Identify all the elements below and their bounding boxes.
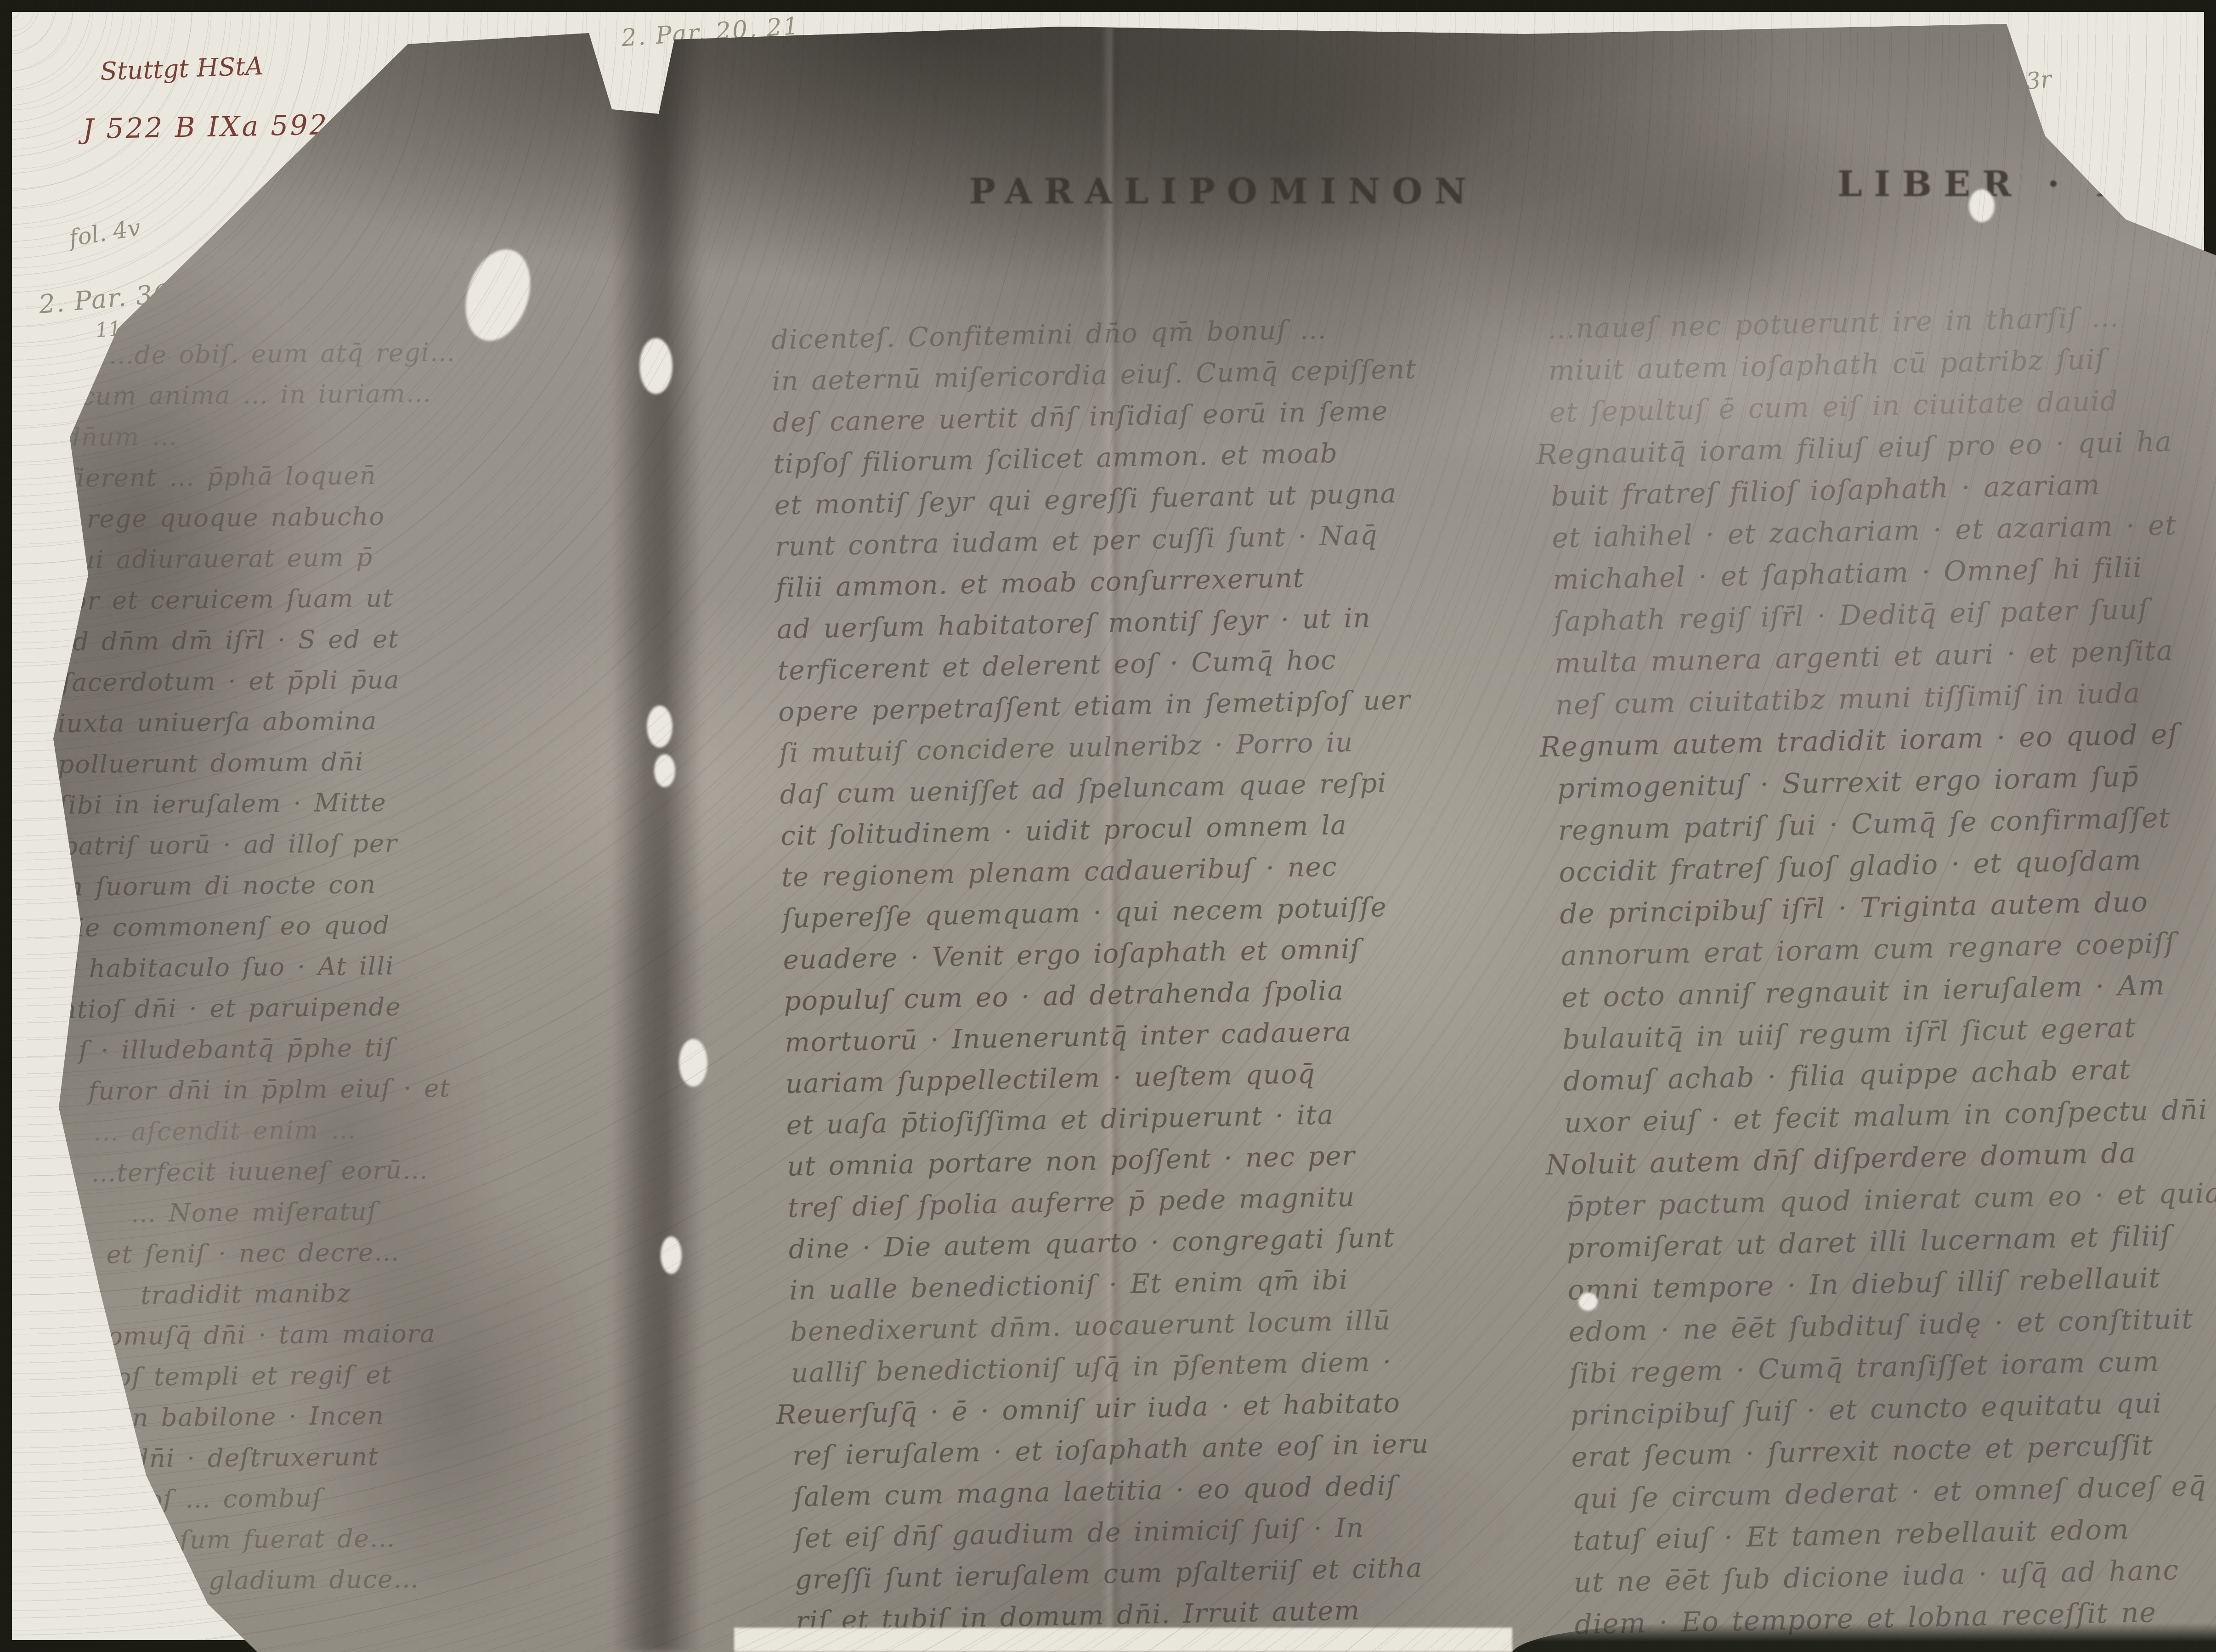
book-support-edge <box>1511 1623 2216 1652</box>
parchment-hole <box>654 754 675 787</box>
manuscript-text-line: polluerunt domum dn̄i <box>58 746 460 790</box>
manuscript-text-line: die commonenſ eo quod <box>59 909 461 954</box>
parchment-hole <box>1578 1292 1598 1311</box>
manuscript-text-line: iuxta uniuerſa abomina <box>57 705 459 750</box>
manuscript-text-line: cum anima … in iuriam… <box>80 378 457 422</box>
manuscript-text-line: patriſ uorū · ad illoſ per <box>61 828 460 872</box>
manuscript-text-line: qui adiurauerat eum p̄ <box>62 541 458 586</box>
text-column-right: …naueſ nec potuerunt ire in tharſiſ …miu… <box>1547 299 2216 1650</box>
manuscript-text-line: furor dn̄i in p̄plm eiuſ · et <box>88 1073 463 1117</box>
manuscript-text-line: A rege quoque nabucho <box>56 501 458 545</box>
manuscript-text-line: fierent … p̄phā loquen̄ <box>66 460 457 504</box>
parchment-hole <box>661 1236 682 1274</box>
manuscript-text-line: domuſq̄ dn̄i · tam maiora <box>90 1318 465 1362</box>
manuscript-text-line: ntioſ dn̄i · et paruipende <box>60 991 462 1036</box>
manuscript-text-line: uroſ templi et regiſ et <box>86 1359 465 1403</box>
manuscript-text-line: in babilone · Incen <box>123 1400 465 1443</box>
binding-fold <box>611 0 703 1652</box>
manuscript-text-line: cor et ceruicem ſuam ut <box>57 582 458 627</box>
archive-shelfmark: J 522 B IXa 592 <box>82 109 329 145</box>
parchment-leaf: PARALIPOMINON LIBER · I …de obiſ. eum at… <box>0 0 2216 1652</box>
manuscript-text-line: … aſcendit enim … <box>93 1114 463 1158</box>
manuscript-text-line: ſacerdotum · et p̄pli p̄ua <box>62 664 459 709</box>
manuscript-text-line: …terfecit iuueneſ eorū… <box>91 1155 464 1199</box>
manuscript-text-line: … None miſeratuſ <box>130 1195 464 1239</box>
archive-stamp-line1: Stuttgt HStA <box>100 51 264 86</box>
text-column-center: dicenteſ. Confitemini dn̄o qm̄ bonuſ …in… <box>771 312 1441 1646</box>
backdrop-strip-bottom <box>734 1628 1512 1652</box>
parchment-hole <box>679 1039 707 1087</box>
manuscript-photo: Stuttgt HStA J 522 B IXa 592 2. Par. 20,… <box>0 0 2216 1652</box>
manuscript-text-line: n dn̄i · deſtruxerunt <box>103 1441 466 1485</box>
parchment-hole <box>647 705 673 748</box>
manuscript-text-line: ad dn̄m dm̄ iſr̄l · S ed et <box>57 623 458 668</box>
manuscript-text-line: …de obiſ. eum atq̄ regi… <box>108 337 456 381</box>
manuscript-text-line: ſibi in ieruſalem · Mitte <box>58 787 460 831</box>
manuscript-text-line: dn̄um … <box>64 419 457 463</box>
parchment-hole <box>639 338 673 394</box>
manuscript-text-line: et ſeniſ · nec decre… <box>106 1236 464 1280</box>
parchment-hole <box>1969 189 1995 222</box>
manuscript-text-line: r habitaculo ſuo · At illi <box>64 950 462 995</box>
manuscript-text-line: tradidit manibz <box>141 1277 464 1321</box>
manuscript-text-line: ſ · illudebantq̄ p̄phe tiſ <box>79 1032 462 1076</box>
manuscript-text-line: m ſuorum di nocte con <box>59 868 461 913</box>
running-title: PARALIPOMINON <box>969 171 1478 212</box>
